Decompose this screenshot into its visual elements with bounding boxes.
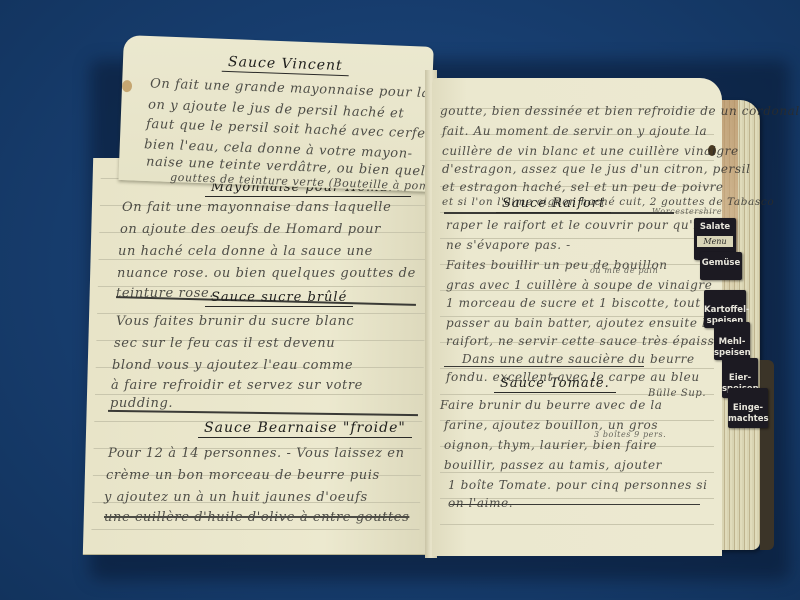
index-tab-eingemachtes[interactable]: Einge- machtes — [728, 388, 768, 428]
stain — [122, 80, 132, 92]
recipe-title: Sauce Tomate. — [494, 376, 616, 393]
continuation-line: goutte, bien dessinée et bien refroidie … — [440, 104, 800, 118]
recipe-line: un haché cela donne à la sauce une — [118, 244, 373, 259]
index-tab-gemuese[interactable]: Gemüse — [700, 252, 742, 280]
recipe-line: raifort, ne servir cette sauce très épai… — [446, 334, 722, 348]
recipe-line: On fait une mayonnaise dans laquelle — [122, 200, 391, 215]
recipe-line: ne s'évapore pas. - — [446, 238, 571, 252]
recipe-title: Sauce Bearnaise "froide" — [198, 420, 412, 438]
recipe-line: nuance rose. ou bien quelques gouttes de — [117, 266, 416, 281]
recipe-line: Pour 12 à 14 personnes. - Vous laissez e… — [108, 446, 405, 461]
divider-line — [444, 366, 644, 367]
continuation-line: et estragon haché, sel et un peu de poiv… — [442, 180, 724, 194]
index-tab-mehlspeisen[interactable]: Mehl- speisen — [714, 322, 750, 360]
divider-line — [450, 504, 700, 505]
recipe-line: y ajoutez un à un huit jaunes d'oeufs — [104, 490, 368, 505]
recipe-line: bouillir, passez au tamis, ajouter — [444, 458, 662, 472]
recipe-line: passer au bain batter, ajoutez ensuite l… — [446, 316, 714, 330]
tab-label: Salate — [700, 222, 730, 232]
recipe-line: blond vous y ajoutez l'eau comme — [112, 358, 353, 373]
recipe-title: Sauce Raifort — [496, 196, 611, 213]
tab-label: Mehl- speisen — [714, 337, 751, 358]
tab-label: Gemüse — [702, 258, 740, 268]
recipe-line: raper le raifort et le couvrir pour qu'i… — [446, 218, 702, 232]
recipe-line: on l'aime. — [448, 496, 513, 510]
recipe-line: Faire brunir du beurre avec de la — [440, 398, 663, 412]
recipe-line: Vous faites brunir du sucre blanc — [116, 314, 354, 329]
struck-line: une cuillère d'huile d'olive à entre gou… — [104, 510, 409, 525]
photo-scene: Mayonnaise pour Homard On fait une mayon… — [0, 0, 800, 600]
recipe-line: pudding. — [110, 396, 173, 411]
recipe-line: à faire refroidir et servez sur votre — [111, 378, 363, 393]
recipe-line: 1 boîte Tomate. pour cinq personnes si — [448, 478, 708, 492]
interlinear-note: ou mie de pain — [590, 266, 658, 275]
recipe-line: oignon, thym, laurier, bien faire — [444, 438, 657, 452]
recipe-line: on ajoute des oeufs de Homard pour — [120, 222, 381, 237]
continuation-line: cuillère de vin blanc et une cuillère vi… — [442, 144, 739, 158]
recipe-line: crème un bon morceau de beurre puis — [106, 468, 380, 483]
tab-sub-label: Menu — [697, 236, 733, 247]
continuation-line: fait. Au moment de servir on y ajoute la — [442, 124, 707, 138]
tab-label: Einge- machtes — [728, 403, 769, 424]
recipe-line: Dans une autre saucière du beurre — [462, 352, 695, 366]
recipe-line: sec sur le feu cas il est devenu — [114, 336, 335, 351]
recipe-line: gras avec 1 cuillère à soupe de vinaigre — [446, 278, 712, 292]
continuation-line: d'estragon, assez que le jus d'un citron… — [442, 162, 751, 176]
recipe-title: Sauce sucre brûlé — [205, 290, 353, 307]
recipe-line: 1 morceau de sucre et 1 biscotte, tout — [446, 296, 701, 310]
